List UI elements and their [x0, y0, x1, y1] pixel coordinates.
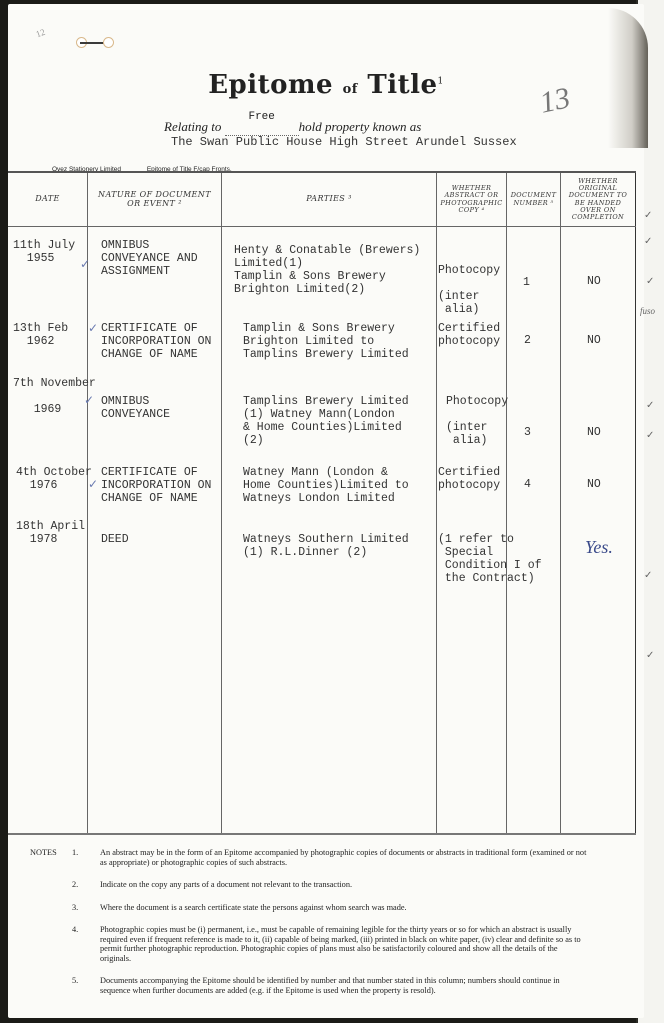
row5-nature: DEED — [101, 533, 129, 546]
note-item: 4. Photographic copies must be (i) perma… — [30, 925, 590, 963]
row2-number: 2 — [524, 334, 531, 347]
relating-line: Relating to Free hold property known as — [164, 119, 421, 136]
row5-abstract: (1 refer to Special Condition I of the C… — [438, 533, 542, 585]
epitome-table: DATE NATURE OF DOCUMENT OR EVENT ² PARTI… — [8, 171, 636, 835]
note-item: 5. Documents accompanying the Epitome sh… — [30, 976, 590, 995]
margin-check-icon: ✓ — [646, 400, 654, 411]
staple-icon — [76, 41, 112, 45]
note-item: NOTES 1. An abstract may be in the form … — [30, 848, 590, 867]
row4-date: 4th October 1976 — [16, 466, 92, 492]
margin-note: fuso — [640, 306, 655, 316]
row3-abstract: Photocopy (inter alia) — [446, 395, 508, 447]
row3-nature: OMNIBUS CONVEYANCE — [101, 395, 170, 421]
row1-nature: OMNIBUS CONVEYANCE AND ASSIGNMENT — [101, 239, 198, 278]
row2-abstract: Certified photocopy — [438, 322, 500, 348]
row1-abstract: Photocopy (inter alia) — [438, 264, 500, 316]
check-icon: ✓ — [88, 321, 98, 335]
row2-parties: Tamplin & Sons Brewery Brighton Limited … — [243, 322, 409, 361]
row2-date: 13th Feb 1962 — [13, 322, 68, 348]
header-parties: PARTIES ³ — [222, 173, 436, 226]
note-item: 2. Indicate on the copy any parts of a d… — [30, 880, 590, 890]
row5-parties: Watneys Southern Limited (1) R.L.Dinner … — [243, 533, 409, 559]
margin-check-icon: ✓ — [644, 236, 652, 247]
header-date: DATE — [8, 173, 87, 226]
row4-original: NO — [587, 478, 601, 491]
tenure-field: Free — [225, 119, 299, 136]
margin-check-icon: ✓ — [644, 210, 652, 221]
row2-nature: CERTIFICATE OF INCORPORATION ON CHANGE O… — [101, 322, 211, 361]
notes-section: NOTES 1. An abstract may be in the form … — [30, 848, 590, 1008]
check-icon: ✓ — [80, 257, 90, 271]
row4-number: 4 — [524, 478, 531, 491]
margin-check-icon: ✓ — [646, 430, 654, 441]
header-nature: NATURE OF DOCUMENT OR EVENT ² — [88, 173, 221, 226]
header-doc-number: DOCUMENT NUMBER ⁵ — [507, 173, 560, 226]
row1-original: NO — [587, 275, 601, 288]
row5-original-handwritten: Yes. — [585, 537, 613, 558]
row3-original: NO — [587, 426, 601, 439]
row4-nature: CERTIFICATE OF INCORPORATION ON CHANGE O… — [101, 466, 211, 505]
margin-check-icon: ✓ — [646, 276, 654, 287]
row1-date: 11th July 1955 — [13, 239, 75, 265]
notes-label: NOTES — [30, 848, 72, 867]
margin-check-icon: ✓ — [644, 570, 652, 581]
row1-number: 1 — [523, 276, 530, 289]
row1-parties: Henty & Conatable (Brewers) Limited(1) T… — [234, 244, 420, 296]
row5-date: 18th April 1978 — [16, 520, 85, 546]
row3-parties: Tamplins Brewery Limited (1) Watney Mann… — [243, 395, 409, 447]
corner-pencil-mark: 12 — [35, 27, 47, 39]
check-icon: ✓ — [84, 393, 94, 407]
row4-parties: Watney Mann (London & Home Counties)Limi… — [243, 466, 409, 505]
note-item: 3. Where the document is a search certif… — [30, 903, 590, 913]
row2-original: NO — [587, 334, 601, 347]
header-original: WHETHER ORIGINAL DOCUMENT TO BE HANDED O… — [561, 173, 635, 226]
row3-number: 3 — [524, 426, 531, 439]
property-address: The Swan Public House High Street Arunde… — [171, 135, 517, 149]
check-icon: ✓ — [88, 477, 98, 491]
margin-check-icon: ✓ — [646, 650, 654, 661]
row4-abstract: Certified photocopy — [438, 466, 500, 492]
header-abstract: WHETHER ABSTRACT OR PHOTOGRAPHIC COPY ⁴ — [437, 173, 506, 226]
